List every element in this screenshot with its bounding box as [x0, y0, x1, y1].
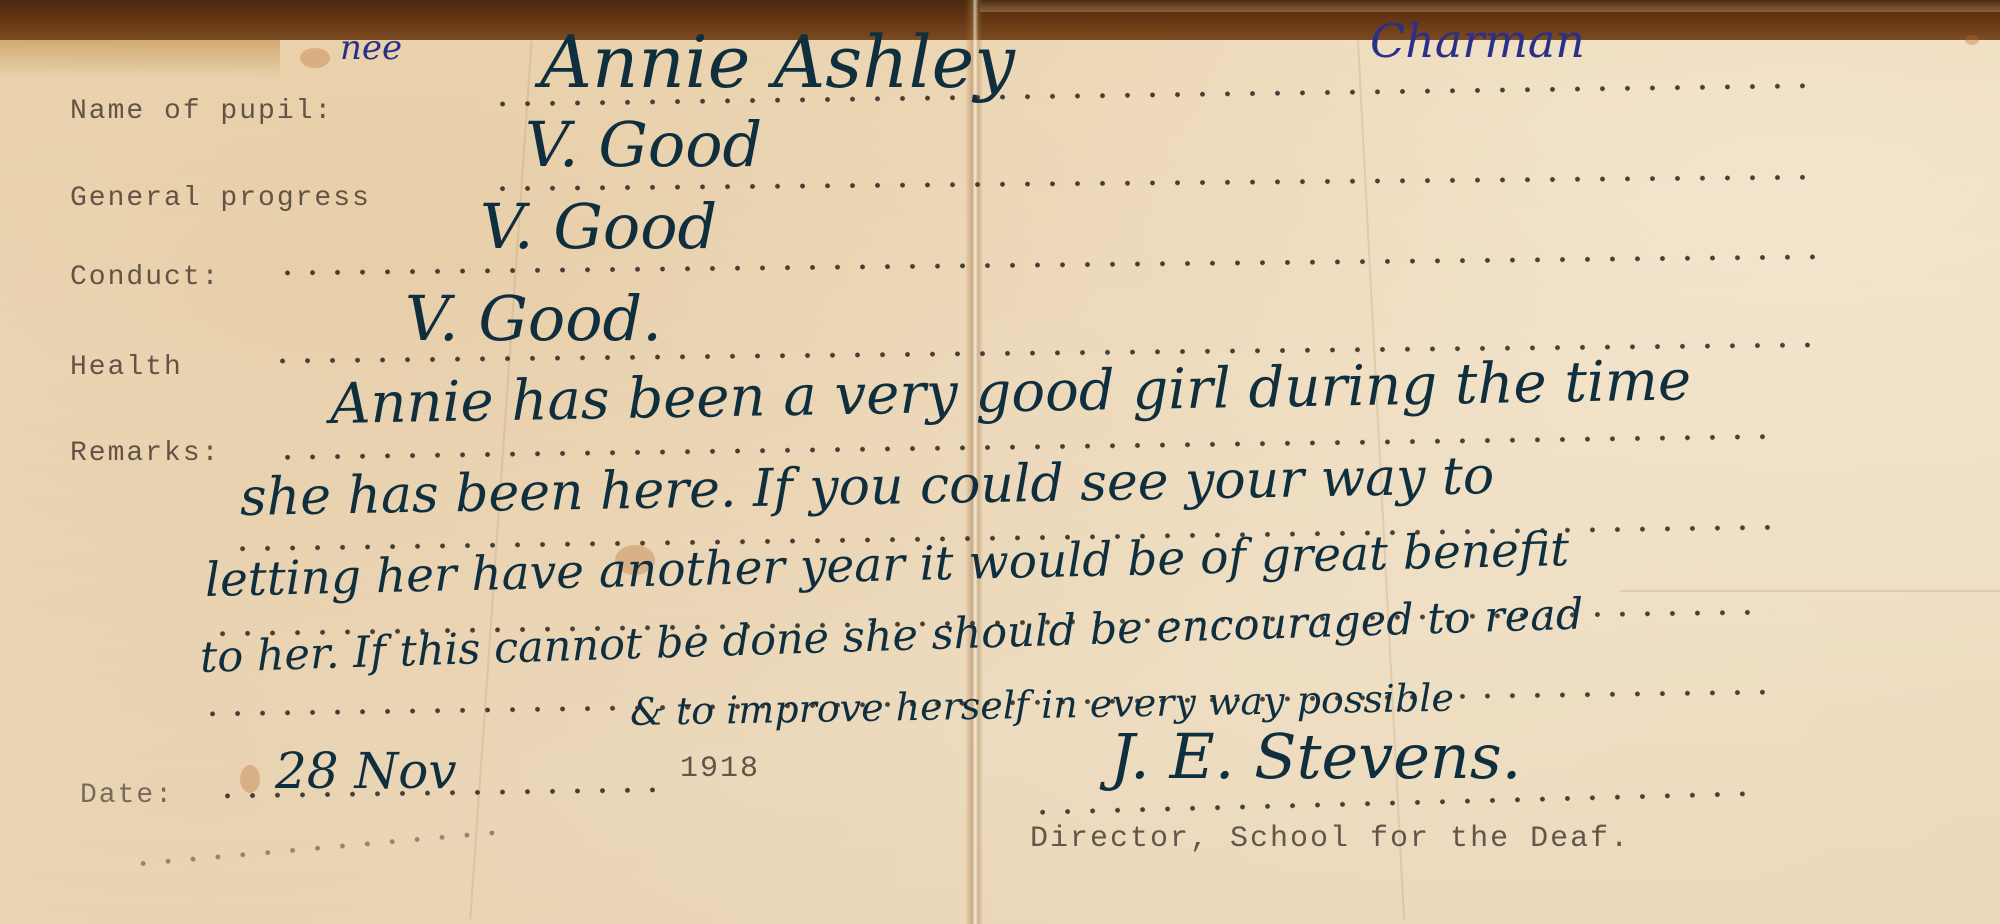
signature: J. E. Stevens. — [1110, 720, 1521, 793]
label-date: Date: — [80, 780, 174, 811]
maiden-name-annotation: Charman — [1370, 14, 1585, 68]
label-health: Health — [70, 352, 183, 383]
general-progress-value: V. Good — [525, 108, 762, 181]
rust-stain — [1965, 35, 1979, 45]
rust-stain — [240, 765, 260, 793]
pupil-name-value: Annie Ashley — [540, 20, 1015, 104]
label-name-of-pupil: Name of pupil: — [70, 96, 333, 127]
nee-annotation: nee — [340, 28, 402, 68]
label-remarks: Remarks: — [70, 438, 220, 469]
rust-stain — [300, 48, 330, 68]
date-year: 1918 — [680, 752, 760, 786]
water-stain — [0, 38, 280, 78]
conduct-value: V. Good — [480, 190, 717, 263]
date-day-month: 28 Nov — [275, 742, 457, 800]
signatory-title: Director, School for the Deaf. — [1030, 822, 1630, 856]
label-conduct: Conduct: — [70, 262, 220, 293]
health-value: V. Good. — [405, 282, 662, 355]
paper-crease — [1620, 590, 2000, 592]
label-general-progress: General progress — [70, 183, 371, 214]
